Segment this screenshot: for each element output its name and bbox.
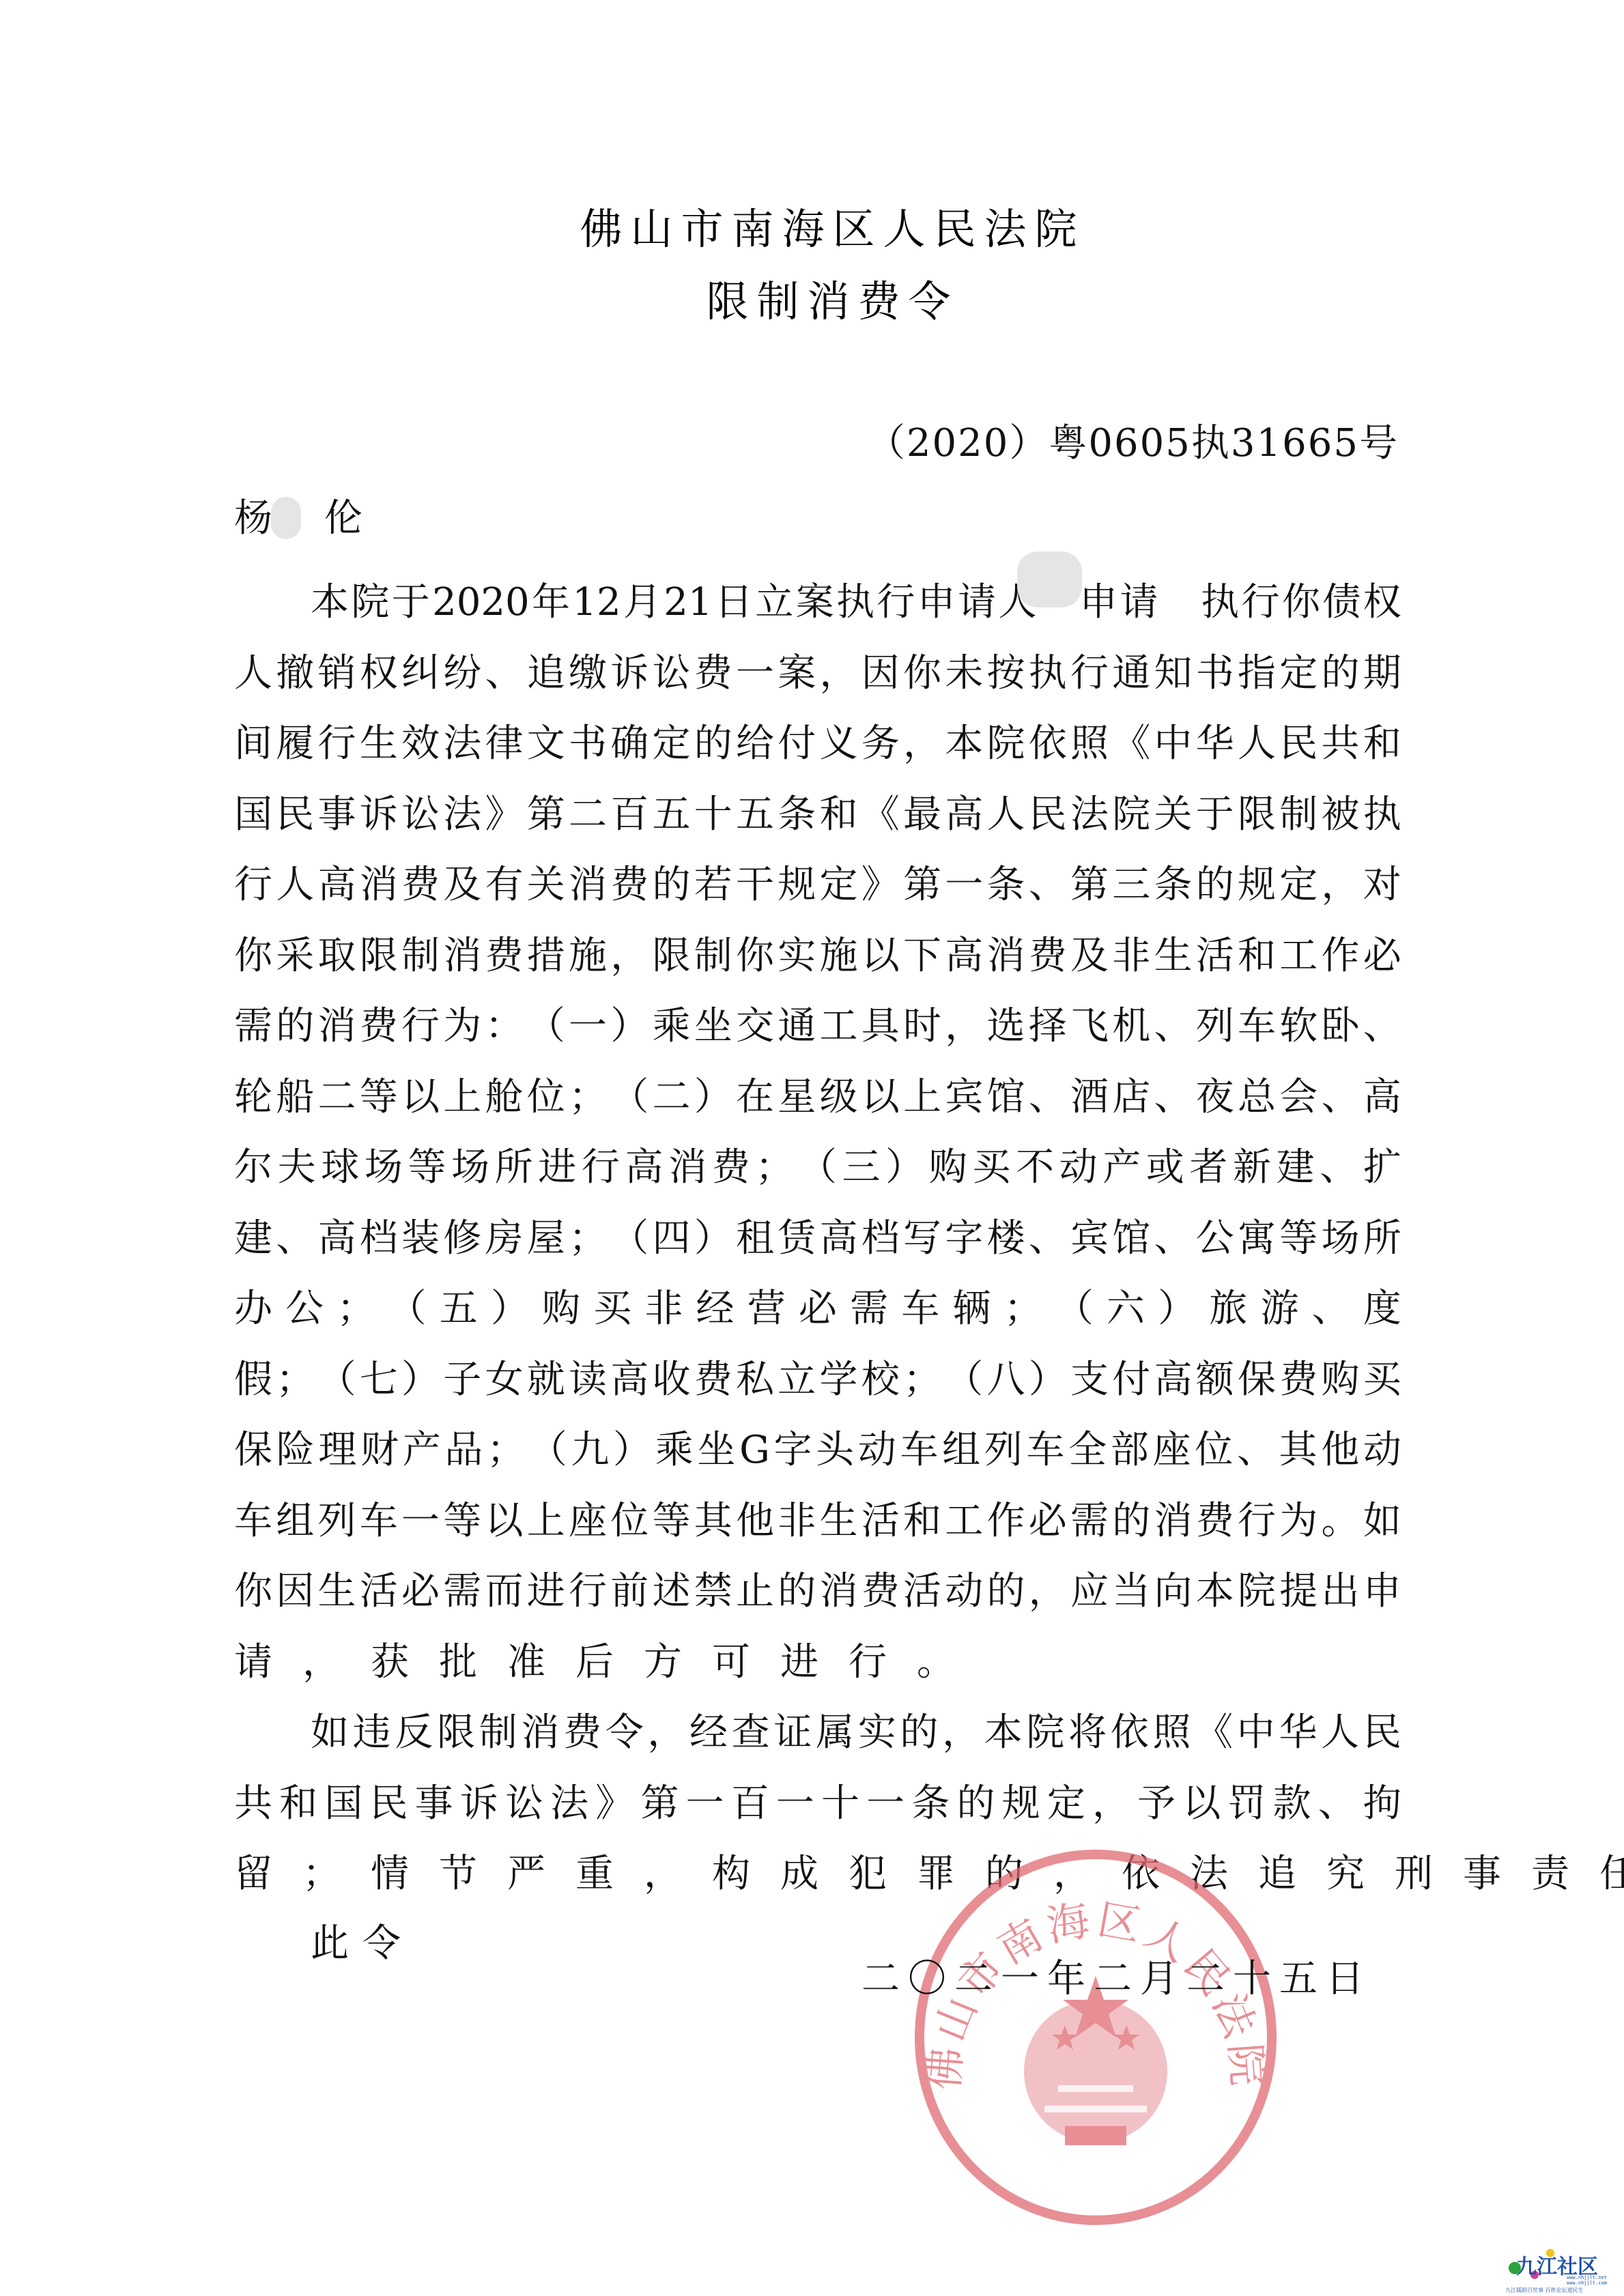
body-line: 你采取限制消费措施，限制你实施以下高消费及非生活和工作必 [234, 930, 1401, 1001]
svg-text:www.nhjjlt.com: www.nhjjlt.com [1567, 2280, 1607, 2286]
court-seal-icon: 佛山市南海区人民法院 [911, 1846, 1280, 2228]
body-line: 轮船二等以上舱位；（二）在星级以上宾馆、酒店、夜总会、高 [234, 1072, 1401, 1143]
redaction-blur-applicant [1017, 551, 1082, 607]
case-number: （2020）粤0605执31665号 [867, 418, 1399, 470]
addressee-last-chars: 伦 [324, 496, 369, 541]
body-line: 保险理财产品；（九）乘坐G字头动车组列车全部座位、其他动 [234, 1424, 1401, 1495]
document-title: 限制消费令 [0, 274, 1624, 329]
body-line: 行人高消费及有关消费的若干规定》第一条、第三条的规定，对 [234, 859, 1401, 930]
body-line: 需的消费行为：（一）乘坐交通工具时，选择飞机、列车软卧、 [234, 1001, 1401, 1072]
jiujiang-community-logo-icon: 九江社区 www.nhjjlt.net www.nhjjlt.com 九江儒韵百… [1504, 2248, 1621, 2294]
body-line: 假；（七）子女就读高收费私立学校；（八）支付高额保费购买 [234, 1354, 1401, 1425]
body-line: 办公；（五）购买非经营必需车辆；（六）旅游、度 [234, 1283, 1401, 1354]
addressee: 杨伦 [234, 493, 369, 545]
body-line: 共和国民事诉讼法》第一百一十一条的规定，予以罚款、拘 [234, 1778, 1401, 1849]
body-line: 建、高档装修房屋；（四）租赁高档写字楼、宾馆、公寓等场所 [234, 1213, 1401, 1284]
body-line: 间履行生效法律文书确定的给付义务，本院依照《中华人民共和 [234, 718, 1401, 789]
svg-text:www.nhjjlt.net: www.nhjjlt.net [1567, 2275, 1607, 2280]
issuer-title: 佛山市南海区人民法院 [0, 202, 1624, 257]
issue-date: 二〇二一年二月二十五日 [861, 1953, 1372, 2005]
document-body: 本院于2020年12月21日立案执行申请人 申请 执行你债权人撤销权纠纷、追缴诉… [234, 577, 1401, 1919]
document-page: 佛山市南海区人民法院 限制消费令 （2020）粤0605执31665号 杨伦 本… [0, 0, 1624, 2296]
redaction-blur-name [271, 497, 301, 539]
body-line: 尔夫球场等场所进行高消费；（三）购买不动产或者新建、扩 [234, 1142, 1401, 1213]
body-line: 你因生活必需而进行前述禁止的消费活动的，应当向本院提出申 [234, 1566, 1401, 1637]
body-line: 本院于2020年12月21日立案执行申请人 申请 执行你债权 [234, 577, 1401, 648]
body-line: 请，获批准后方可进行。 [234, 1637, 1401, 1708]
svg-text:九江儒韵百世事 百姓论坛道民生: 九江儒韵百世事 百姓论坛道民生 [1505, 2286, 1584, 2293]
closing-phrase: 此令 [311, 1918, 414, 1970]
body-line: 人撤销权纠纷、追缴诉讼费一案，因你未按执行通知书指定的期 [234, 648, 1401, 719]
body-line: 如违反限制消费令，经查证属实的，本院将依照《中华人民 [234, 1707, 1401, 1778]
body-line: 国民事诉讼法》第二百五十五条和《最高人民法院关于限制被执 [234, 789, 1401, 860]
body-line: 车组列车一等以上座位等其他非生活和工作必需的消费行为。如 [234, 1495, 1401, 1566]
